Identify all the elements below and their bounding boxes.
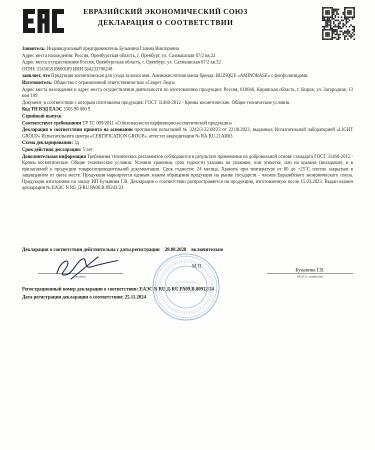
signatory-name: Бузынина Г.В. — [267, 268, 353, 274]
declaration-basis-line: Декларация о соответствии принята на осн… — [22, 127, 353, 140]
address-location-line: Адрес места нахождения: Россия, Оренбург… — [22, 53, 353, 59]
manufacturer-text: Общество с ограниченной ответственностью… — [54, 80, 175, 85]
additional-info-line: Дополнительная информация Требования тех… — [22, 154, 353, 192]
applicant-line: Заявитель: Индивидуальный предпринимател… — [22, 46, 353, 52]
product-declaration-line: заявляет, что Продукция косметическая дл… — [22, 73, 353, 79]
address-activity-line: Адрес места осуществления Россия, Оренбу… — [22, 60, 353, 66]
product-text: Продукция косметическая для ухода за вол… — [51, 74, 308, 79]
stamp-place-label: М.П. — [192, 264, 202, 270]
tnved-code-line: Код ТН ВЭД ЕАЭС 3305 90 000 9 — [22, 107, 353, 113]
applicant-label: Заявитель: — [22, 47, 46, 52]
tnved-label: Код ТН ВЭД ЕАЭС — [22, 107, 62, 112]
validity-period-line: Срок действия декларации: 5 лет — [22, 147, 353, 153]
compliance-text: ТР ТС 009/2011 «О безопасности парфюмерн… — [83, 121, 233, 126]
serial-issue-label: Серийный выпуск — [22, 114, 62, 119]
declares-label: заявляет, что — [22, 74, 50, 79]
additional-info-label: Дополнительная информация — [22, 154, 86, 159]
additional-info-text: Требования технических регламентов соблю… — [22, 154, 353, 190]
scheme-value: 3д — [74, 141, 79, 146]
address-activity-text: Адрес места осуществления Россия, Оренбу… — [22, 60, 221, 65]
applicant-text: Индивидуальный предприниматель Бузынина … — [47, 47, 179, 52]
manufacturer-line: Изготовитель: Общество с ограниченной от… — [22, 80, 353, 86]
manufacturer-label: Изготовитель: — [22, 80, 53, 85]
validity-period-label: Срок действия декларации: — [22, 147, 81, 152]
document-titles: ЕВРАЗИЙСКИЙ ЭКОНОМИЧЕСКИЙ СОЮЗ ДЕКЛАРАЦИ… — [64, 7, 322, 28]
document-header: ЕВРАЗИЙСКИЙ ЭКОНОМИЧЕСКИЙ СОЮЗ ДЕКЛАРАЦИ… — [0, 0, 375, 40]
address-location-text: Адрес места нахождения: Россия, Оренбург… — [22, 53, 215, 58]
scheme-label: Схема декларирования: — [22, 141, 73, 146]
document-scan: ЕВРАЗИЙСКИЙ ЭКОНОМИЧЕСКИЙ СОЮЗ ДЕКЛАРАЦИ… — [0, 0, 375, 450]
validity-prefix: Декларация о соответствии действительна … — [22, 247, 160, 253]
registration-lines: Регистрационный номер декларации о соотв… — [0, 286, 375, 302]
tnved-code: 3305 90 000 9 — [63, 107, 90, 112]
manufacturer-address-text: Адрес места нахождения и адрес места осу… — [22, 87, 353, 98]
manufacturing-standard-line: Документ, в соответствии с которым изгот… — [22, 100, 353, 106]
validity-statement: Декларация о соответствии действительна … — [0, 247, 375, 253]
qr-code-icon — [322, 7, 355, 40]
compliance-label: Соответствует требованиям — [22, 121, 81, 126]
manufacturing-standard-text: Документ, в соответствии с которым изгот… — [22, 100, 290, 105]
registration-number: ЕАЭС N RU Д-RU.РА09.В.80912/24 — [139, 287, 214, 293]
ogrn-inn-text: ОГРН: 314565818800189 ИНН 564233706248 — [22, 67, 112, 72]
handwritten-signature-icon — [52, 256, 122, 280]
declaration-scheme-line: Схема декларирования: 3д — [22, 140, 353, 146]
registration-number-line: Регистрационный номер декларации о соотв… — [22, 286, 353, 294]
registration-date-label: Дата регистрации декларации о соответств… — [22, 294, 124, 300]
basis-label: Декларация о соответствии принята на осн… — [22, 128, 133, 133]
registration-number-label: Регистрационный номер декларации о соотв… — [22, 287, 138, 293]
union-name: ЕВРАЗИЙСКИЙ ЭКОНОМИЧЕСКИЙ СОЮЗ — [69, 8, 262, 17]
registration-date: 25.11.2024 — [125, 294, 146, 300]
manufacturer-address-line: Адрес места нахождения и адрес места осу… — [22, 87, 353, 100]
validity-period-value: 5 лет — [83, 147, 93, 152]
signatory-name-line — [267, 274, 353, 275]
validity-suffix: включительно — [191, 247, 223, 253]
eac-logo-icon — [23, 9, 64, 33]
ogrn-inn-line: ОГРН: 314565818800189 ИНН 564233706248 — [22, 66, 353, 72]
declaration-page: ЕВРАЗИЙСКИЙ ЭКОНОМИЧЕСКИЙ СОЮЗ ДЕКЛАРАЦИ… — [0, 0, 375, 450]
validity-date: 28.08.2028 — [160, 247, 192, 253]
serial-issue-line: Серийный выпуск — [22, 113, 353, 119]
declaration-body: Заявитель: Индивидуальный предпринимател… — [0, 46, 375, 192]
compliance-requirements-line: Соответствует требованиям ТР ТС 009/2011… — [22, 120, 353, 126]
document-title: ДЕКЛАРАЦИЯ О СООТВЕТСТВИИ — [69, 19, 262, 28]
signatory-caption: (Ф.И.О. заявителя) — [267, 275, 353, 279]
registration-date-line: Дата регистрации декларации о соответств… — [22, 293, 353, 301]
